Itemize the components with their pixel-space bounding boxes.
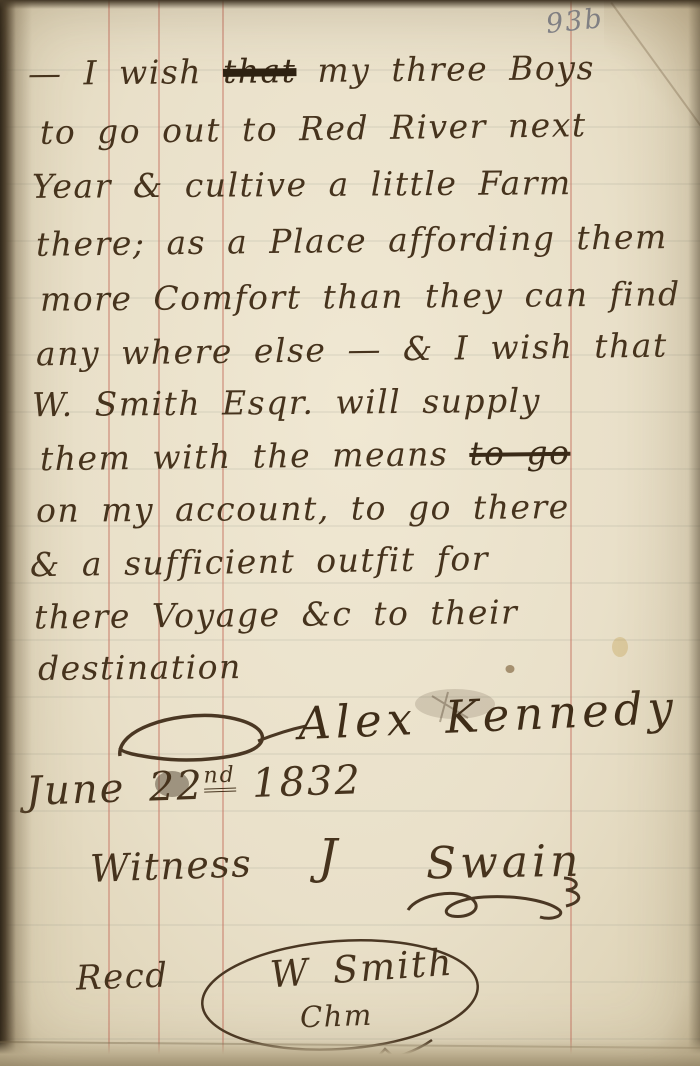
- line-text: them with the means: [40, 434, 470, 478]
- manuscript-line-7: W. Smith Esqr. will supply: [32, 382, 541, 424]
- line-text: W. Smith Esqr. will supply: [32, 381, 541, 424]
- date-month-day: June 22: [25, 763, 204, 815]
- date-ordinal: nd: [203, 763, 236, 793]
- line-text: on my account, to go there: [36, 487, 570, 530]
- line-text: — I wish: [28, 52, 223, 93]
- manuscript-line-11: there Voyage &c to their: [34, 593, 519, 636]
- manuscript-line-8: them with the means to go: [40, 434, 571, 478]
- manuscript-line-10: & a sufficient outfit for: [30, 540, 490, 584]
- manuscript-line-4: there; as a Place affording them: [36, 218, 668, 264]
- date-year: 1832: [251, 757, 362, 807]
- red-rule-vertical-3: [222, 0, 224, 1066]
- witness-signature-surname: Swain: [426, 837, 583, 890]
- witness-label: Witness: [89, 842, 253, 891]
- received-secondary: Chm: [299, 999, 373, 1035]
- received-label: Recd: [75, 956, 169, 998]
- page-top-edge: [0, 0, 700, 9]
- manuscript-line-5: more Comfort than they can find: [40, 275, 681, 319]
- corner-fold-shading: [604, 0, 700, 138]
- line-text: & a sufficient outfit for: [30, 539, 490, 584]
- page-right-edge: [688, 0, 700, 1066]
- line-text: to go out to Red River next: [40, 105, 587, 152]
- manuscript-line-1: — I wish that my three Boys: [28, 49, 595, 93]
- manuscript-line-2: to go out to Red River next: [40, 106, 587, 152]
- page-bottom-edge: [0, 1040, 700, 1066]
- book-binding-edge: [0, 0, 32, 1066]
- struck-word: to go: [469, 433, 571, 473]
- line-text: destination: [38, 647, 242, 688]
- horizontal-ruling: [0, 0, 700, 1066]
- manuscript-line-9: on my account, to go there: [36, 488, 570, 530]
- manuscript-line-12: destination: [38, 648, 242, 688]
- red-rule-vertical-2: [158, 0, 160, 1066]
- struck-word: that: [223, 51, 297, 91]
- manuscript-page: 93b — I wish that my three Boys to go ou…: [0, 0, 700, 1066]
- line-text: there; as a Place affording them: [36, 217, 668, 264]
- line-text: more Comfort than they can find: [40, 274, 681, 319]
- red-rule-vertical-4: [570, 0, 572, 1066]
- line-text: there Voyage &c to their: [34, 592, 519, 636]
- line-text: Year & cultive a little Farm: [32, 163, 572, 206]
- witness-signature-initial: J: [318, 830, 339, 885]
- red-rule-vertical-1: [108, 0, 110, 1066]
- line-text: my three Boys: [296, 48, 595, 90]
- manuscript-line-3: Year & cultive a little Farm: [32, 164, 572, 206]
